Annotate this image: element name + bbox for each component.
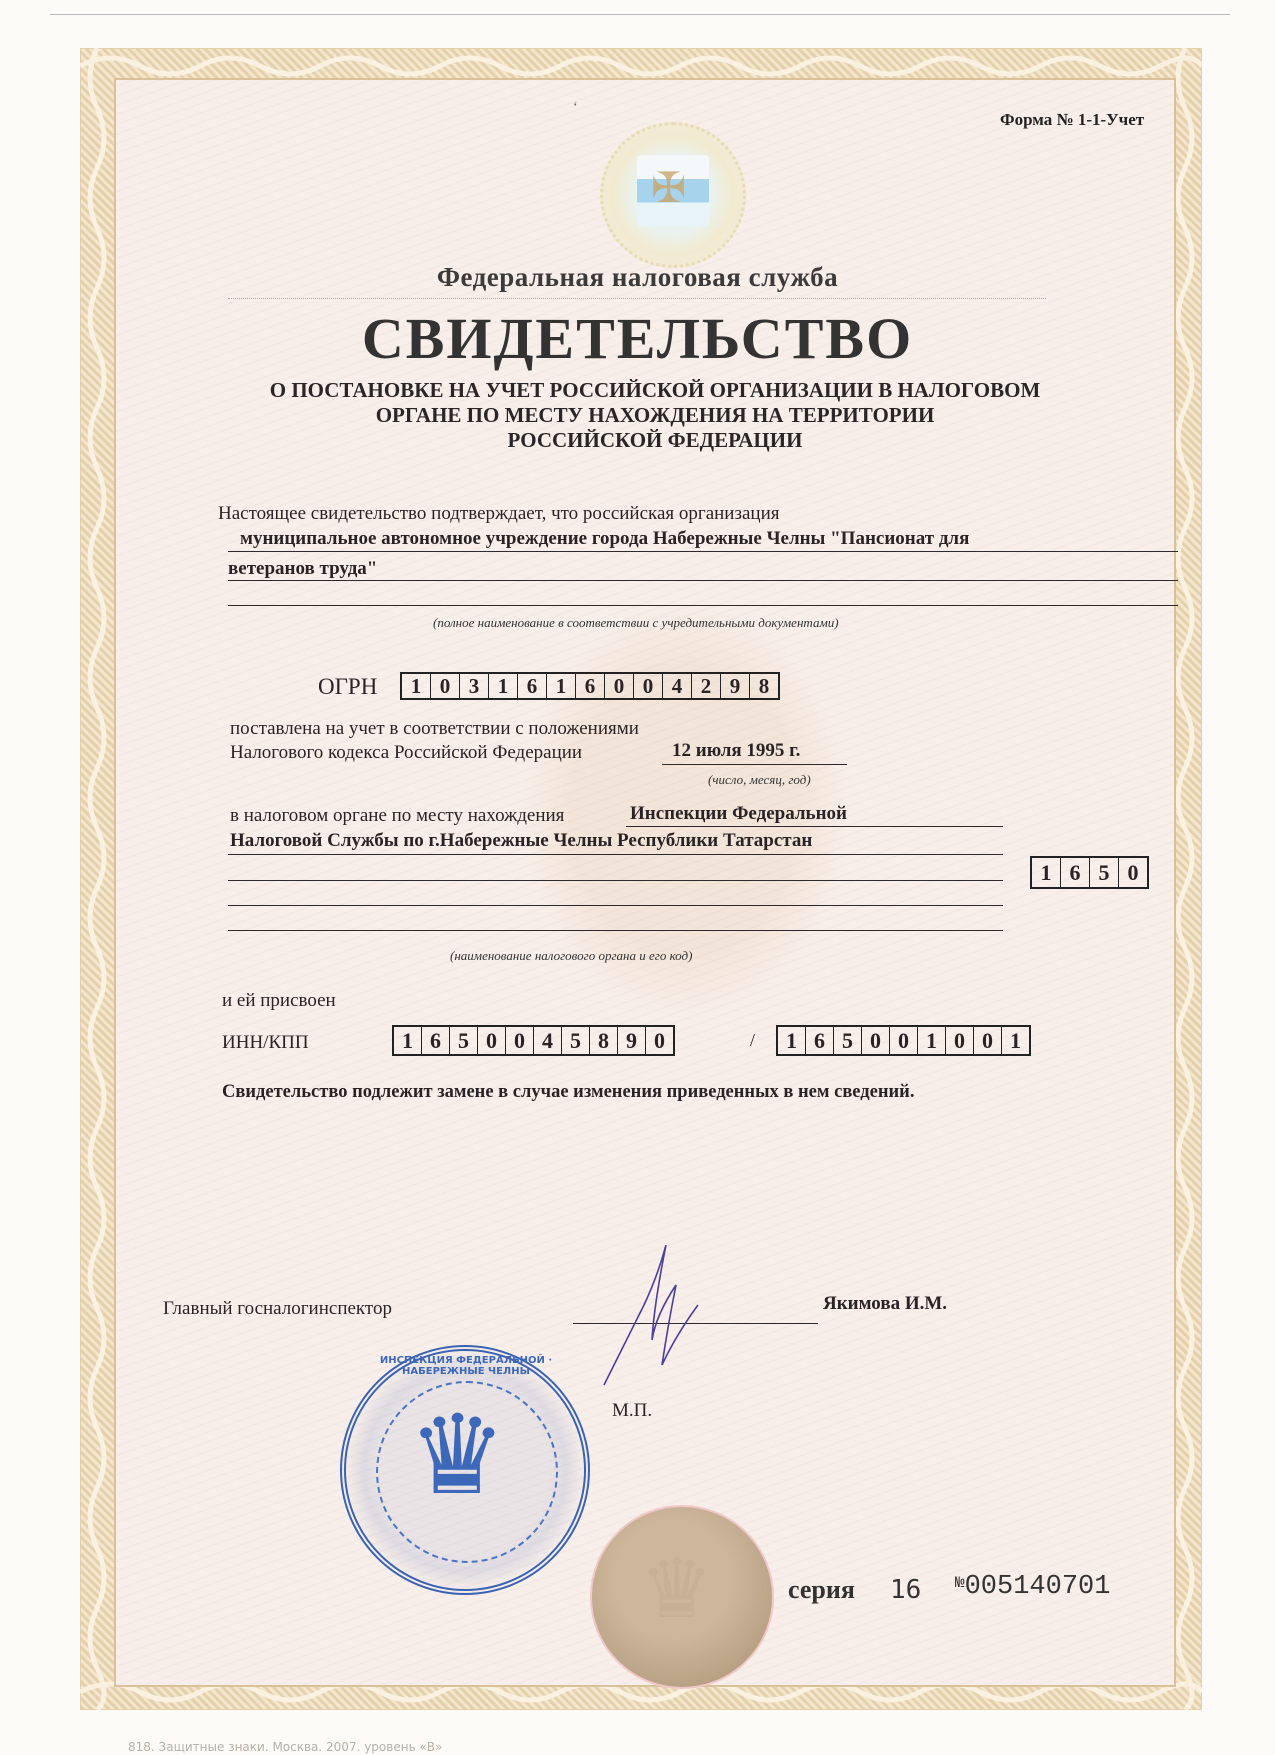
certificate-number: №005140701 bbox=[955, 1572, 1110, 1602]
subtitle-line: РОССИЙСКОЙ ФЕДЕРАЦИИ bbox=[0, 428, 1275, 453]
inspector-title: Главный госналогинспектор bbox=[163, 1298, 392, 1320]
embossed-seal-icon: ♛ bbox=[590, 1505, 774, 1689]
tax-office-prefix: в налоговом органе по месту нахождения bbox=[230, 805, 564, 827]
tax-office-caption: (наименование налогового органа и его ко… bbox=[450, 948, 692, 964]
tax-office-code-boxes: 1650 bbox=[1030, 856, 1149, 889]
registered-text-line2: Налогового кодекса Российской Федерации bbox=[230, 742, 582, 764]
digit-cell: 1 bbox=[402, 674, 431, 698]
inn-boxes: 1650045890 bbox=[392, 1025, 675, 1056]
kpp-boxes: 165001001 bbox=[776, 1025, 1031, 1056]
signature-icon bbox=[596, 1245, 706, 1390]
org-underline bbox=[228, 605, 1178, 606]
subtitle-line: ОРГАНЕ ПО МЕСТУ НАХОЖДЕНИЯ НА ТЕРРИТОРИИ bbox=[0, 403, 1275, 428]
date-caption: (число, месяц, год) bbox=[708, 772, 811, 788]
organization-name-line2: ветеранов труда" bbox=[228, 558, 377, 580]
tax-office-underline bbox=[228, 854, 1003, 855]
pen-mark: ʻ bbox=[573, 100, 578, 116]
digit-cell: 4 bbox=[534, 1027, 562, 1054]
digit-cell: 6 bbox=[422, 1027, 450, 1054]
eagle-icon: ♛ bbox=[408, 1401, 507, 1511]
organization-caption: (полное наименование в соответствии с уч… bbox=[433, 615, 839, 631]
digit-cell: 0 bbox=[862, 1027, 890, 1054]
digit-cell: 1 bbox=[1032, 858, 1061, 887]
inn-kpp-label: ИНН/КПП bbox=[222, 1032, 309, 1054]
digit-cell: 3 bbox=[460, 674, 489, 698]
tax-office-line1: Инспекции Федеральной bbox=[630, 803, 847, 825]
organization-name-line1: муниципальное автономное учреждение горо… bbox=[240, 528, 969, 550]
subtitle-line: О ПОСТАНОВКЕ НА УЧЕТ РОССИЙСКОЙ ОРГАНИЗА… bbox=[0, 378, 1275, 403]
tax-office-underline bbox=[228, 930, 1003, 931]
digit-cell: 6 bbox=[518, 674, 547, 698]
number-sign: № bbox=[955, 1574, 965, 1592]
digit-cell: 2 bbox=[692, 674, 721, 698]
date-underline bbox=[662, 764, 847, 765]
digit-cell: 0 bbox=[946, 1027, 974, 1054]
scan-edge bbox=[50, 14, 1230, 15]
org-underline bbox=[228, 551, 1178, 552]
org-underline bbox=[228, 580, 1178, 581]
signer-name: Якимова И.М. bbox=[823, 1293, 947, 1315]
digit-cell: 0 bbox=[431, 674, 460, 698]
digit-cell: 5 bbox=[450, 1027, 478, 1054]
ogrn-boxes: 1031616004298 bbox=[400, 672, 780, 700]
stamp-text: ИНСПЕКЦИЯ ФЕДЕРАЛЬНОЙ · НАБЕРЕЖНЫЕ ЧЕЛНЫ bbox=[366, 1355, 566, 1377]
form-number: Форма № 1-1-Учет bbox=[1000, 110, 1144, 130]
digit-cell: 6 bbox=[1061, 858, 1090, 887]
digit-cell: 0 bbox=[646, 1027, 673, 1054]
digit-cell: 1 bbox=[778, 1027, 806, 1054]
digit-cell: 1 bbox=[394, 1027, 422, 1054]
digit-cell: 6 bbox=[806, 1027, 834, 1054]
stamp-place-label: М.П. bbox=[612, 1400, 652, 1422]
document-title: СВИДЕТЕЛЬСТВО bbox=[0, 305, 1275, 372]
digit-cell: 0 bbox=[890, 1027, 918, 1054]
digit-cell: 0 bbox=[506, 1027, 534, 1054]
digit-cell: 1 bbox=[1002, 1027, 1029, 1054]
digit-cell: 0 bbox=[974, 1027, 1002, 1054]
digit-cell: 1 bbox=[918, 1027, 946, 1054]
hologram-emblem-icon: ✠ bbox=[600, 122, 746, 268]
digit-cell: 0 bbox=[634, 674, 663, 698]
eagle-icon: ♛ bbox=[640, 1549, 714, 1631]
digit-cell: 4 bbox=[663, 674, 692, 698]
digit-cell: 0 bbox=[1119, 858, 1147, 887]
tax-office-underline bbox=[626, 826, 1003, 827]
digit-cell: 9 bbox=[721, 674, 750, 698]
assigned-label: и ей присвоен bbox=[222, 990, 336, 1012]
tax-office-line2: Налоговой Службы по г.Набережные Челны Р… bbox=[230, 830, 812, 852]
printer-line: 818. Защитные знаки. Москва. 2007. урове… bbox=[128, 1740, 442, 1754]
official-stamp-icon: ИНСПЕКЦИЯ ФЕДЕРАЛЬНОЙ · НАБЕРЕЖНЫЕ ЧЕЛНЫ… bbox=[340, 1345, 590, 1595]
inn-kpp-separator: / bbox=[750, 1030, 755, 1051]
series-label: серия bbox=[788, 1575, 855, 1605]
agency-rule bbox=[228, 298, 1046, 299]
digit-cell: 6 bbox=[576, 674, 605, 698]
digit-cell: 9 bbox=[618, 1027, 646, 1054]
replacement-notice: Свидетельство подлежит замене в случае и… bbox=[222, 1082, 914, 1103]
agency-name: Федеральная налоговая служба bbox=[0, 262, 1275, 293]
number-value: 005140701 bbox=[965, 1572, 1111, 1602]
tax-office-underline bbox=[228, 905, 1003, 906]
digit-cell: 0 bbox=[478, 1027, 506, 1054]
intro-text: Настоящее свидетельство подтверждает, чт… bbox=[218, 503, 779, 525]
series-value: 16 bbox=[890, 1575, 921, 1605]
digit-cell: 0 bbox=[605, 674, 634, 698]
digit-cell: 5 bbox=[562, 1027, 590, 1054]
digit-cell: 1 bbox=[489, 674, 518, 698]
digit-cell: 8 bbox=[590, 1027, 618, 1054]
digit-cell: 1 bbox=[547, 674, 576, 698]
digit-cell: 5 bbox=[1090, 858, 1119, 887]
registered-text-line1: поставлена на учет в соответствии с поло… bbox=[230, 718, 639, 740]
digit-cell: 5 bbox=[834, 1027, 862, 1054]
ogrn-label: ОГРН bbox=[318, 674, 377, 700]
tax-office-underline bbox=[228, 880, 1003, 881]
registration-date: 12 июля 1995 г. bbox=[672, 740, 800, 762]
digit-cell: 8 bbox=[750, 674, 778, 698]
eagle-icon: ✠ bbox=[651, 163, 686, 213]
document-subtitle: О ПОСТАНОВКЕ НА УЧЕТ РОССИЙСКОЙ ОРГАНИЗА… bbox=[0, 378, 1275, 453]
